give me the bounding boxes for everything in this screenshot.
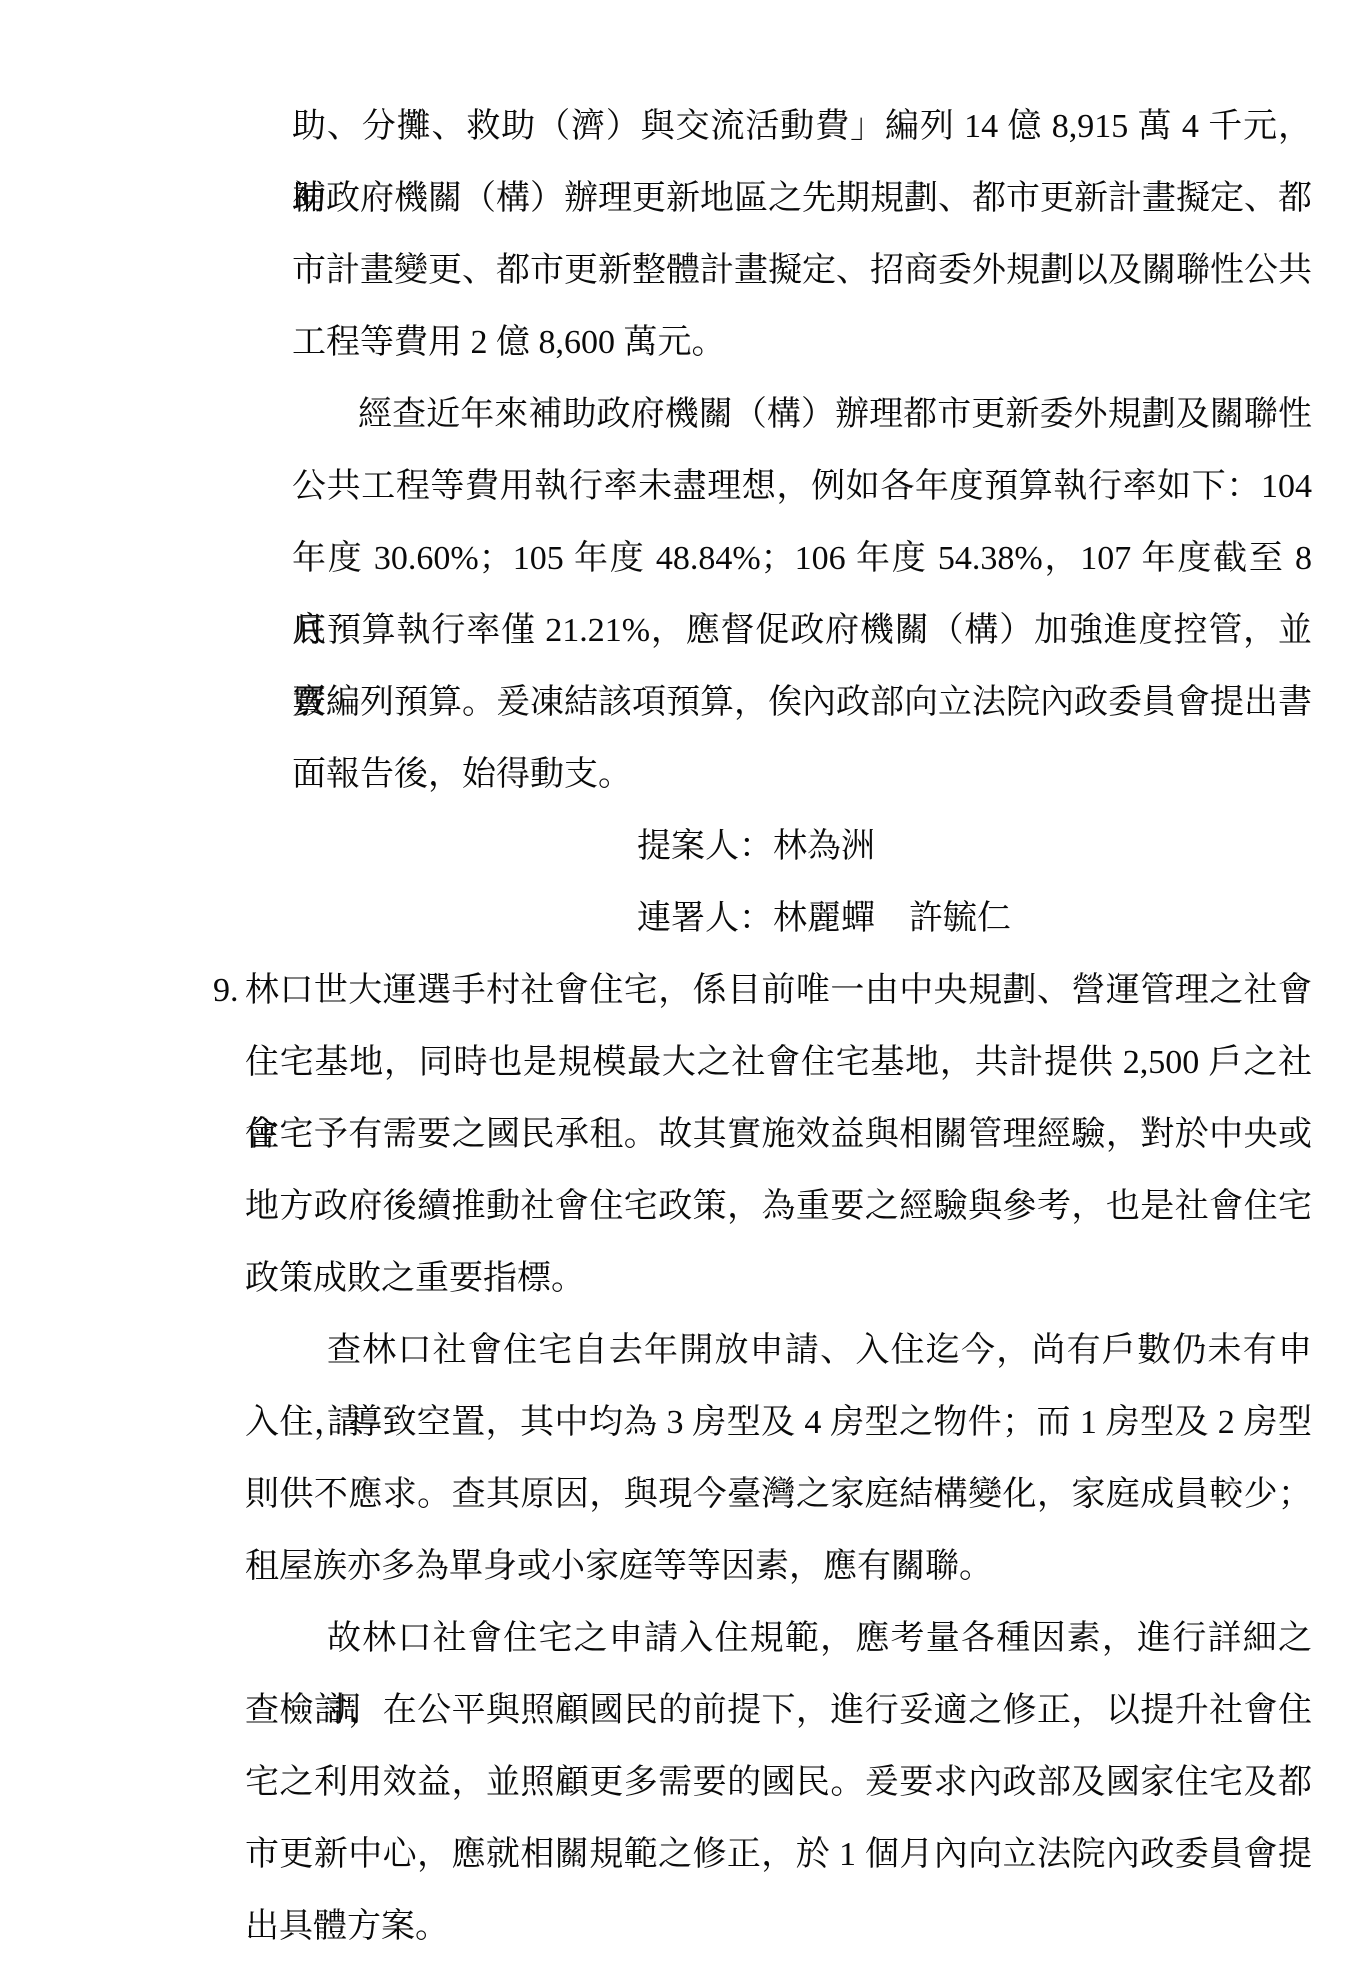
text-line: 公共工程等費用執行率未盡理想，例如各年度預算執行率如下：104 (292, 451, 1312, 523)
text-line: 面報告後，始得動支。 (292, 739, 1312, 811)
proposer-line: 提案人：林為洲 (637, 811, 1345, 883)
cosigner-line: 連署人：林麗蟬 許毓仁 (637, 883, 1345, 955)
paragraph-first-line: 查林口社會住宅自去年開放申請、入住迄今，尚有戶數仍未有申請 (245, 1315, 1312, 1387)
document-page: 助、分攤、救助（濟）與交流活動費」編列 14 億 8,915 萬 4 千元，補 … (0, 0, 1345, 1985)
signature-block: 提案人：林為洲 連署人：林麗蟬 許毓仁 (637, 811, 1345, 955)
text-line: 年度 30.60%；105 年度 48.84%；106 年度 54.38%，10… (292, 523, 1312, 595)
item9-number: 9. (213, 955, 239, 1027)
text-line: 地方政府後續推動社會住宅政策，為重要之經驗與參考，也是社會住宅 (245, 1171, 1312, 1243)
text-line: 工程等費用 2 億 8,600 萬元。 (292, 307, 1312, 379)
paragraph-first-line: 經查近年來補助政府機關（構）辦理都市更新委外規劃及關聯性 (292, 379, 1312, 451)
text-line: 出具體方案。 (245, 1891, 1312, 1963)
item9-block: 9.林口世大運選手村社會住宅，係目前唯一由中央規劃、營運管理之社會 住宅基地，同… (245, 955, 1312, 1963)
text-line: 市更新中心，應就相關規範之修正，於 1 個月內向立法院內政委員會提 (245, 1819, 1312, 1891)
document-content: 助、分攤、救助（濟）與交流活動費」編列 14 億 8,915 萬 4 千元，補 … (0, 91, 1345, 1963)
text-line: 查檢討，在公平與照顧國民的前提下，進行妥適之修正，以提升社會住 (245, 1675, 1312, 1747)
text-line: 助政府機關（構）辦理更新地區之先期規劃、都市更新計畫擬定、都 (292, 163, 1312, 235)
text-line: 市計畫變更、都市更新整體計畫擬定、招商委外規劃以及關聯性公共 (292, 235, 1312, 307)
text-line: 政策成敗之重要指標。 (245, 1243, 1312, 1315)
paragraph-first-line: 故林口社會住宅之申請入住規範，應考量各種因素，進行詳細之調 (245, 1603, 1312, 1675)
text-line: 租屋族亦多為單身或小家庭等等因素，應有關聯。 (245, 1531, 1312, 1603)
text-line: 住宅予有需要之國民承租。故其實施效益與相關管理經驗，對於中央或 (245, 1099, 1312, 1171)
text-line: 實編列預算。爰凍結該項預算，俟內政部向立法院內政委員會提出書 (292, 667, 1312, 739)
text-line: 林口世大運選手村社會住宅，係目前唯一由中央規劃、營運管理之社會 (245, 972, 1312, 1009)
text-line: 底預算執行率僅 21.21%，應督促政府機關（構）加強進度控管，並覈 (292, 595, 1312, 667)
item8-continuation-block: 助、分攤、救助（濟）與交流活動費」編列 14 億 8,915 萬 4 千元，補 … (292, 91, 1312, 811)
text-line: 住宅基地，同時也是規模最大之社會住宅基地，共計提供 2,500 戶之社會 (245, 1027, 1312, 1099)
text-line: 則供不應求。查其原因，與現今臺灣之家庭結構變化，家庭成員較少； (245, 1459, 1312, 1531)
text-line: 入住，導致空置，其中均為 3 房型及 4 房型之物件；而 1 房型及 2 房型 (245, 1387, 1312, 1459)
list-item-first-line: 9.林口世大運選手村社會住宅，係目前唯一由中央規劃、營運管理之社會 (245, 955, 1312, 1027)
text-line: 宅之利用效益，並照顧更多需要的國民。爰要求內政部及國家住宅及都 (245, 1747, 1312, 1819)
text-line: 助、分攤、救助（濟）與交流活動費」編列 14 億 8,915 萬 4 千元，補 (292, 91, 1312, 163)
